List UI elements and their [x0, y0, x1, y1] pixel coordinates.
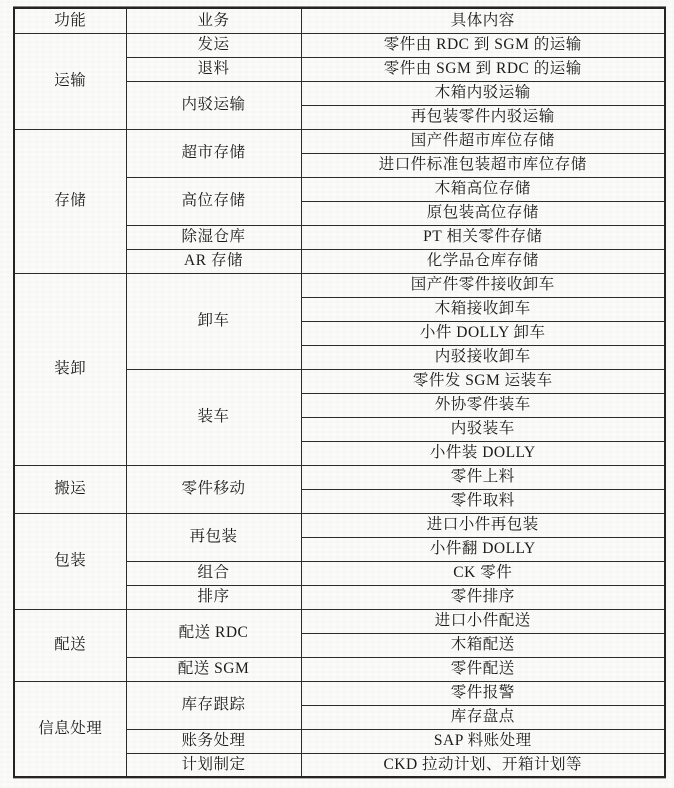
- detail-cell: 零件由 RDC 到 SGM 的运输: [301, 33, 665, 57]
- detail-cell: 小件装 DOLLY: [301, 441, 665, 465]
- detail-cell: SAP 料账处理: [301, 729, 665, 753]
- business-cell: 账务处理: [126, 729, 301, 753]
- detail-cell: 进口小件再包装: [301, 513, 665, 537]
- detail-cell: 零件排序: [301, 585, 665, 609]
- detail-cell: 零件由 SGM 到 RDC 的运输: [301, 57, 665, 81]
- detail-cell: CKD 拉动计划、开箱计划等: [301, 753, 665, 777]
- detail-cell: 进口件标准包装超市库位存储: [301, 153, 665, 177]
- business-cell: 配送 RDC: [126, 609, 301, 657]
- function-cell: 存储: [14, 129, 126, 273]
- table-row: 包装再包装进口小件再包装: [14, 513, 665, 537]
- table-row: 配送配送 RDC进口小件配送: [14, 609, 665, 633]
- header-detail: 具体内容: [301, 8, 665, 33]
- detail-cell: PT 相关零件存储: [301, 225, 665, 249]
- business-cell: AR 存储: [126, 249, 301, 273]
- detail-cell: 零件上料: [301, 465, 665, 489]
- detail-cell: 零件取料: [301, 489, 665, 513]
- business-cell: 组合: [126, 561, 301, 585]
- detail-cell: 国产件超市库位存储: [301, 129, 665, 153]
- table-body: 运输发运零件由 RDC 到 SGM 的运输退料零件由 SGM 到 RDC 的运输…: [14, 33, 665, 777]
- detail-cell: 内驳装车: [301, 417, 665, 441]
- functions-table: 功能 业务 具体内容 运输发运零件由 RDC 到 SGM 的运输退料零件由 SG…: [13, 7, 666, 778]
- function-cell: 运输: [14, 33, 126, 129]
- business-cell: 零件移动: [126, 465, 301, 513]
- business-cell: 卸车: [126, 273, 301, 369]
- business-cell: 库存跟踪: [126, 681, 301, 729]
- table-row: 装卸卸车国产件零件接收卸车: [14, 273, 665, 297]
- business-cell: 高位存储: [126, 177, 301, 225]
- business-cell: 再包装: [126, 513, 301, 561]
- detail-cell: 木箱接收卸车: [301, 297, 665, 321]
- detail-cell: 国产件零件接收卸车: [301, 273, 665, 297]
- business-cell: 排序: [126, 585, 301, 609]
- business-cell: 装车: [126, 369, 301, 465]
- business-cell: 内驳运输: [126, 81, 301, 129]
- table-row: 搬运零件移动零件上料: [14, 465, 665, 489]
- detail-cell: 零件配送: [301, 657, 665, 681]
- table-row: 运输发运零件由 RDC 到 SGM 的运输: [14, 33, 665, 57]
- detail-cell: CK 零件: [301, 561, 665, 585]
- business-cell: 超市存储: [126, 129, 301, 177]
- detail-cell: 内驳接收卸车: [301, 345, 665, 369]
- detail-cell: 木箱高位存储: [301, 177, 665, 201]
- function-cell: 配送: [14, 609, 126, 681]
- detail-cell: 外协零件装车: [301, 393, 665, 417]
- function-cell: 信息处理: [14, 681, 126, 777]
- function-cell: 装卸: [14, 273, 126, 465]
- table-row: 信息处理库存跟踪零件报警: [14, 681, 665, 705]
- header-business: 业务: [126, 8, 301, 33]
- detail-cell: 木箱内驳运输: [301, 81, 665, 105]
- business-cell: 配送 SGM: [126, 657, 301, 681]
- detail-cell: 小件 DOLLY 卸车: [301, 321, 665, 345]
- detail-cell: 零件报警: [301, 681, 665, 705]
- detail-cell: 进口小件配送: [301, 609, 665, 633]
- detail-cell: 零件发 SGM 运装车: [301, 369, 665, 393]
- function-cell: 搬运: [14, 465, 126, 513]
- function-cell: 包装: [14, 513, 126, 609]
- business-cell: 发运: [126, 33, 301, 57]
- business-cell: 退料: [126, 57, 301, 81]
- table-header-row: 功能 业务 具体内容: [14, 8, 665, 33]
- business-cell: 除湿仓库: [126, 225, 301, 249]
- detail-cell: 再包装零件内驳运输: [301, 105, 665, 129]
- detail-cell: 木箱配送: [301, 633, 665, 657]
- table-row: 存储超市存储国产件超市库位存储: [14, 129, 665, 153]
- detail-cell: 库存盘点: [301, 705, 665, 729]
- detail-cell: 原包装高位存储: [301, 201, 665, 225]
- detail-cell: 化学品仓库存储: [301, 249, 665, 273]
- detail-cell: 小件翻 DOLLY: [301, 537, 665, 561]
- business-cell: 计划制定: [126, 753, 301, 777]
- header-function: 功能: [14, 8, 126, 33]
